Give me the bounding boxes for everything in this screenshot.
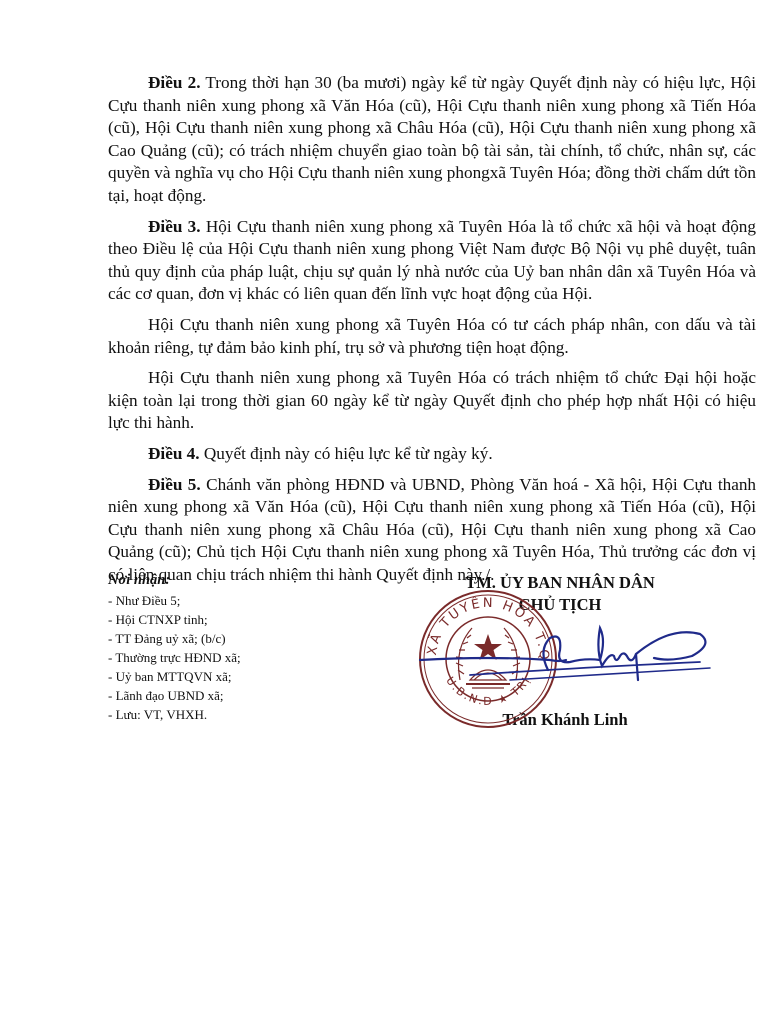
recipient-item: - Lãnh đạo UBND xã; bbox=[108, 686, 368, 705]
recipient-item: - Hội CTNXP tỉnh; bbox=[108, 610, 368, 629]
article-4-label: Điều 4. bbox=[148, 444, 200, 463]
article-3-congress: Hội Cựu thanh niên xung phong xã Tuyên H… bbox=[108, 367, 756, 435]
article-3: Điều 3. Hội Cựu thanh niên xung phong xã… bbox=[108, 216, 756, 306]
article-5-label: Điều 5. bbox=[148, 475, 201, 494]
signature-block: TM. ỦY BAN NHÂN DÂN CHỦ TỊCH XÃ TUYÊN HÓ… bbox=[410, 570, 710, 740]
recipient-item: - Như Điều 5; bbox=[108, 591, 368, 610]
article-4: Điều 4. Quyết định này có hiệu lực kể từ… bbox=[108, 443, 756, 466]
recipient-item: - Lưu: VT, VHXH. bbox=[108, 705, 368, 724]
article-5-text: Chánh văn phòng HĐND và UBND, Phòng Văn … bbox=[108, 475, 756, 584]
article-3-text: Hội Cựu thanh niên xung phong xã Tuyên H… bbox=[108, 217, 756, 304]
article-2: Điều 2. Trong thời hạn 30 (ba mươi) ngày… bbox=[108, 72, 756, 208]
article-4-text: Quyết định này có hiệu lực kể từ ngày ký… bbox=[200, 444, 493, 463]
article-2-text: Trong thời hạn 30 (ba mươi) ngày kể từ n… bbox=[108, 73, 756, 205]
article-2-label: Điều 2. bbox=[148, 73, 201, 92]
document-body: Điều 2. Trong thời hạn 30 (ba mươi) ngày… bbox=[108, 72, 756, 594]
recipients-block: Nơi nhận: - Như Điều 5; - Hội CTNXP tỉnh… bbox=[108, 571, 368, 724]
article-3-label: Điều 3. bbox=[148, 217, 201, 236]
recipient-item: - Thường trực HĐND xã; bbox=[108, 648, 368, 667]
handwritten-signature-icon bbox=[410, 620, 720, 690]
recipients-title: Nơi nhận: bbox=[108, 571, 368, 590]
recipient-item: - TT Đảng uỷ xã; (b/c) bbox=[108, 629, 368, 648]
recipient-item: - Uỷ ban MTTQVN xã; bbox=[108, 667, 368, 686]
article-3-legal-status: Hội Cựu thanh niên xung phong xã Tuyên H… bbox=[108, 314, 756, 359]
